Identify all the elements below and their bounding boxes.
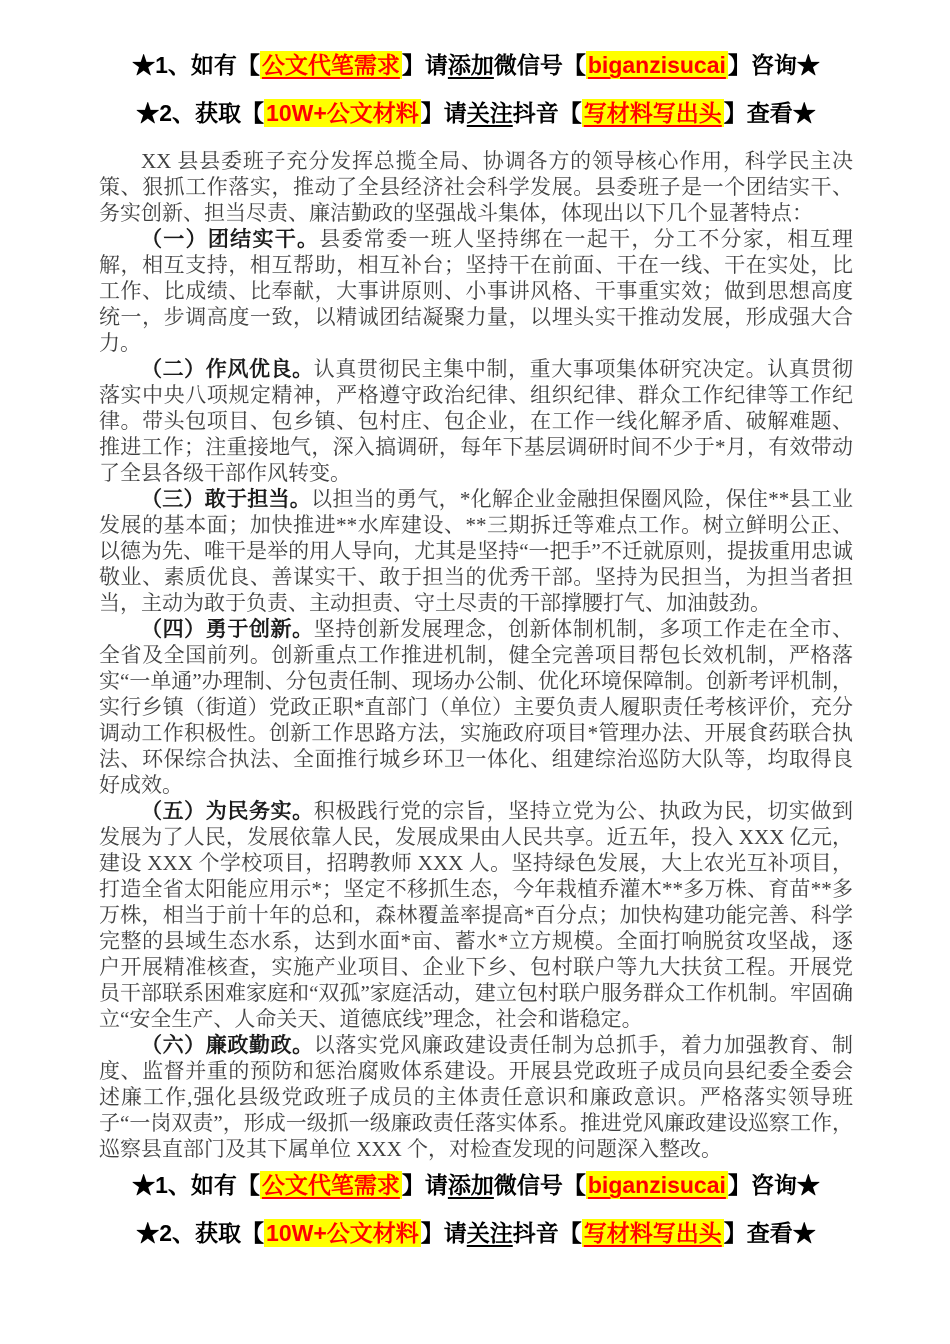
section-paragraph: （一）团结实干。县委常委一班人坚持绑在一起干，分工不分家，相互理解，相互支持，相…: [99, 226, 853, 356]
promo-highlight-service: 公文代笔需求: [260, 51, 402, 79]
intro-paragraph: XX 县县委班子充分发挥总揽全局、协调各方的领导核心作用，科学民主决策、狠抓工作…: [99, 148, 853, 226]
promo-line-1: ★1、如有【公文代笔需求】请添加微信号【biganzisucai】咨询★: [99, 1172, 853, 1198]
section-paragraph: （四）勇于创新。坚持创新发展理念，创新体制机制，多项工作走在全市、全省及全国前列…: [99, 616, 853, 798]
section-paragraph: （三）敢于担当。以担当的勇气，*化解企业金融担保圈风险，保住**县工业发展的基本…: [99, 486, 853, 616]
section-head: （二）作风优良。: [141, 357, 314, 381]
promo-suffix: 】查看★: [724, 100, 816, 126]
document-page: ★1、如有【公文代笔需求】请添加微信号【biganzisucai】咨询★★2、获…: [0, 0, 950, 1344]
promo-text: 】请: [402, 52, 448, 78]
promo-text: 微信号【: [494, 1172, 586, 1198]
promo-highlight-service: 公文代笔需求: [260, 1171, 402, 1199]
promo-line-1: ★1、如有【公文代笔需求】请添加微信号【biganzisucai】咨询★: [99, 52, 853, 78]
promo-wechat-id: biganzisucai: [586, 51, 728, 79]
promo-text: 】请: [421, 100, 467, 126]
promo-suffix: 】咨询★: [728, 1172, 820, 1198]
promo-suffix: 】咨询★: [728, 52, 820, 78]
section-head: （五）为民务实。: [141, 799, 314, 823]
promo-text: 微信号【: [494, 52, 586, 78]
promo-highlight-materials: 10W+公文材料: [264, 99, 421, 127]
promo-action-follow: 关注: [467, 1220, 513, 1246]
promo-text: 抖音【: [513, 1220, 582, 1246]
section-paragraph: （二）作风优良。认真贯彻民主集中制，重大事项集体研究决定。认真贯彻落实中央八项规…: [99, 356, 853, 486]
promo-text: 抖音【: [513, 100, 582, 126]
promo-prefix: ★2、获取【: [136, 1220, 264, 1246]
promo-prefix: ★2、获取【: [136, 100, 264, 126]
promo-text: 】请: [421, 1220, 467, 1246]
section-head: （一）团结实干。: [141, 227, 319, 251]
section-head: （三）敢于担当。: [141, 487, 311, 511]
section-head: （六）廉政勤政。: [141, 1033, 314, 1057]
sections-container: （一）团结实干。县委常委一班人坚持绑在一起干，分工不分家，相互理解，相互支持，相…: [99, 226, 853, 1162]
promo-highlight-materials: 10W+公文材料: [264, 1219, 421, 1247]
header-promo: ★1、如有【公文代笔需求】请添加微信号【biganzisucai】咨询★★2、获…: [99, 52, 853, 126]
promo-douyin-id: 写材料写出头: [582, 1219, 724, 1247]
promo-action-follow: 关注: [467, 100, 513, 126]
promo-line-2: ★2、获取【10W+公文材料】请关注抖音【写材料写出头】查看★: [99, 1220, 853, 1246]
promo-douyin-id: 写材料写出头: [582, 99, 724, 127]
promo-action-add: 添加: [448, 1172, 494, 1198]
footer-promo: ★1、如有【公文代笔需求】请添加微信号【biganzisucai】咨询★★2、获…: [99, 1172, 853, 1246]
document-body: XX 县县委班子充分发挥总揽全局、协调各方的领导核心作用，科学民主决策、狠抓工作…: [99, 148, 853, 1162]
promo-suffix: 】查看★: [724, 1220, 816, 1246]
section-paragraph: （五）为民务实。积极践行党的宗旨，坚持立党为公、执政为民，切实做到发展为了人民，…: [99, 798, 853, 1032]
section-text: 积极践行党的宗旨，坚持立党为公、执政为民，切实做到发展为了人民，发展依靠人民，发…: [99, 799, 853, 1031]
section-paragraph: （六）廉政勤政。以落实党风廉政建设责任制为总抓手，着力加强教育、制度、监督并重的…: [99, 1032, 853, 1162]
promo-prefix: ★1、如有【: [132, 1172, 260, 1198]
promo-action-add: 添加: [448, 52, 494, 78]
promo-wechat-id: biganzisucai: [586, 1171, 728, 1199]
section-text: 坚持创新发展理念，创新体制机制，多项工作走在全市、全省及全国前列。创新重点工作推…: [99, 617, 853, 797]
promo-prefix: ★1、如有【: [132, 52, 260, 78]
promo-text: 】请: [402, 1172, 448, 1198]
promo-line-2: ★2、获取【10W+公文材料】请关注抖音【写材料写出头】查看★: [99, 100, 853, 126]
section-head: （四）勇于创新。: [141, 617, 314, 641]
